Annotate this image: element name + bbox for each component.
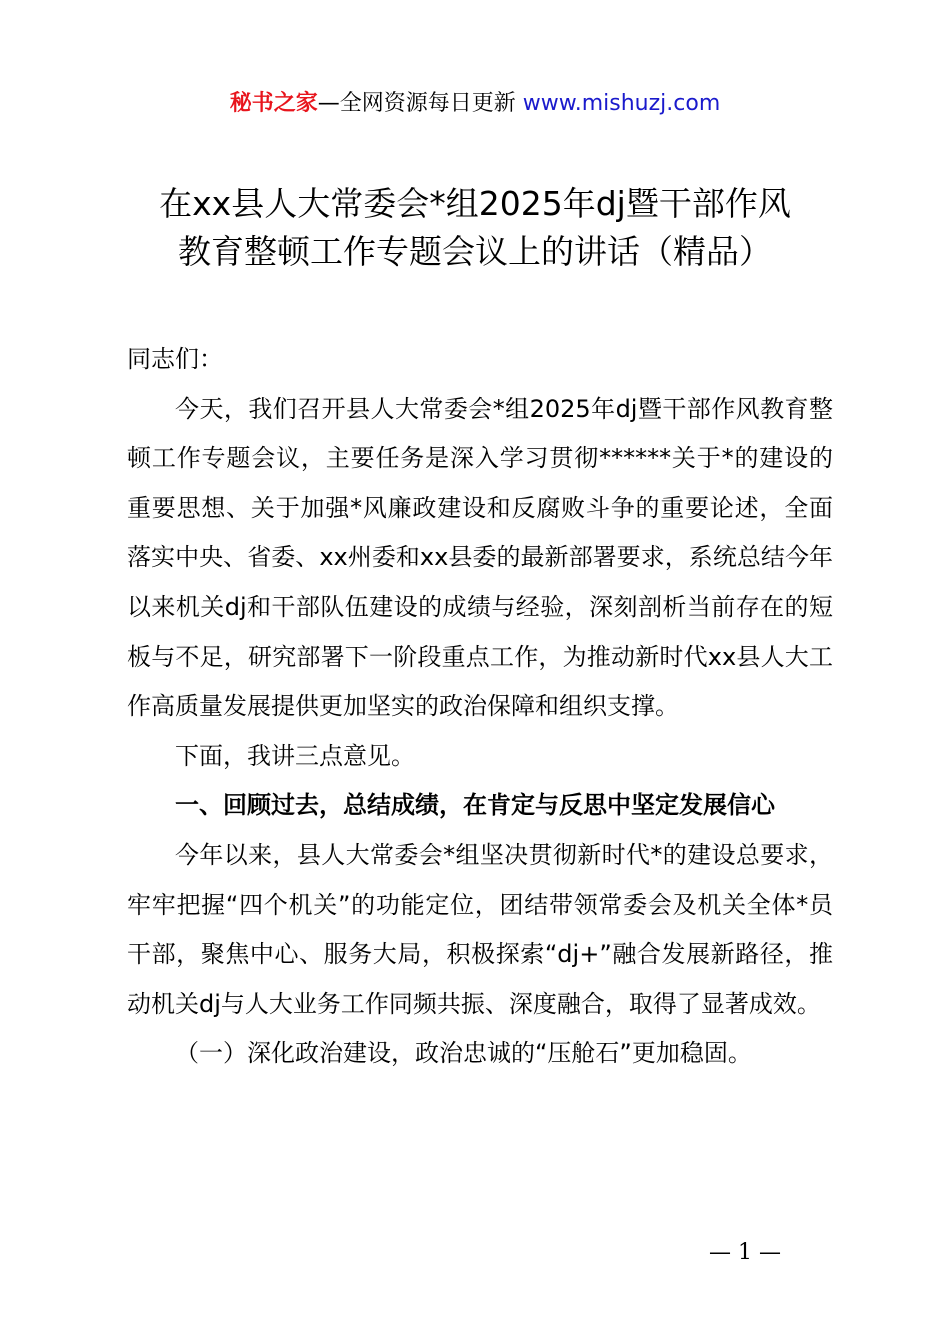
body-paragraph: 今年以来，县人大常委会*组坚决贯彻新时代*的建设总要求，牢牢把握“四个机关”的功…	[127, 831, 833, 1029]
body-paragraph: 下面，我讲三点意见。	[127, 732, 833, 782]
header-tagline: —全网资源每日更新	[318, 91, 523, 116]
page-number: — 1 —	[700, 1240, 790, 1265]
title-line-1: 在xx县人大常委会*组2025年dj暨干部作风	[100, 180, 850, 228]
document-body: 同志们： 今天，我们召开县人大常委会*组2025年dj暨干部作风教育整顿工作专题…	[127, 335, 833, 1079]
site-header-banner: 秘书之家—全网资源每日更新 www.mishuzj.com	[0, 86, 950, 122]
brand-name: 秘书之家	[230, 91, 318, 116]
document-page: 秘书之家—全网资源每日更新 www.mishuzj.com 在xx县人大常委会*…	[0, 0, 950, 1344]
site-url-link[interactable]: www.mishuzj.com	[523, 91, 720, 116]
title-line-2: 教育整顿工作专题会议上的讲话（精品）	[100, 228, 850, 276]
salutation: 同志们：	[127, 335, 833, 385]
body-paragraph: 今天，我们召开县人大常委会*组2025年dj暨干部作风教育整顿工作专题会议，主要…	[127, 385, 833, 732]
section-heading: 一、回顾过去，总结成绩，在肯定与反思中坚定发展信心	[127, 781, 833, 831]
document-title: 在xx县人大常委会*组2025年dj暨干部作风 教育整顿工作专题会议上的讲话（精…	[100, 180, 850, 276]
subsection-heading: （一）深化政治建设，政治忠诚的“压舱石”更加稳固。	[127, 1029, 833, 1079]
